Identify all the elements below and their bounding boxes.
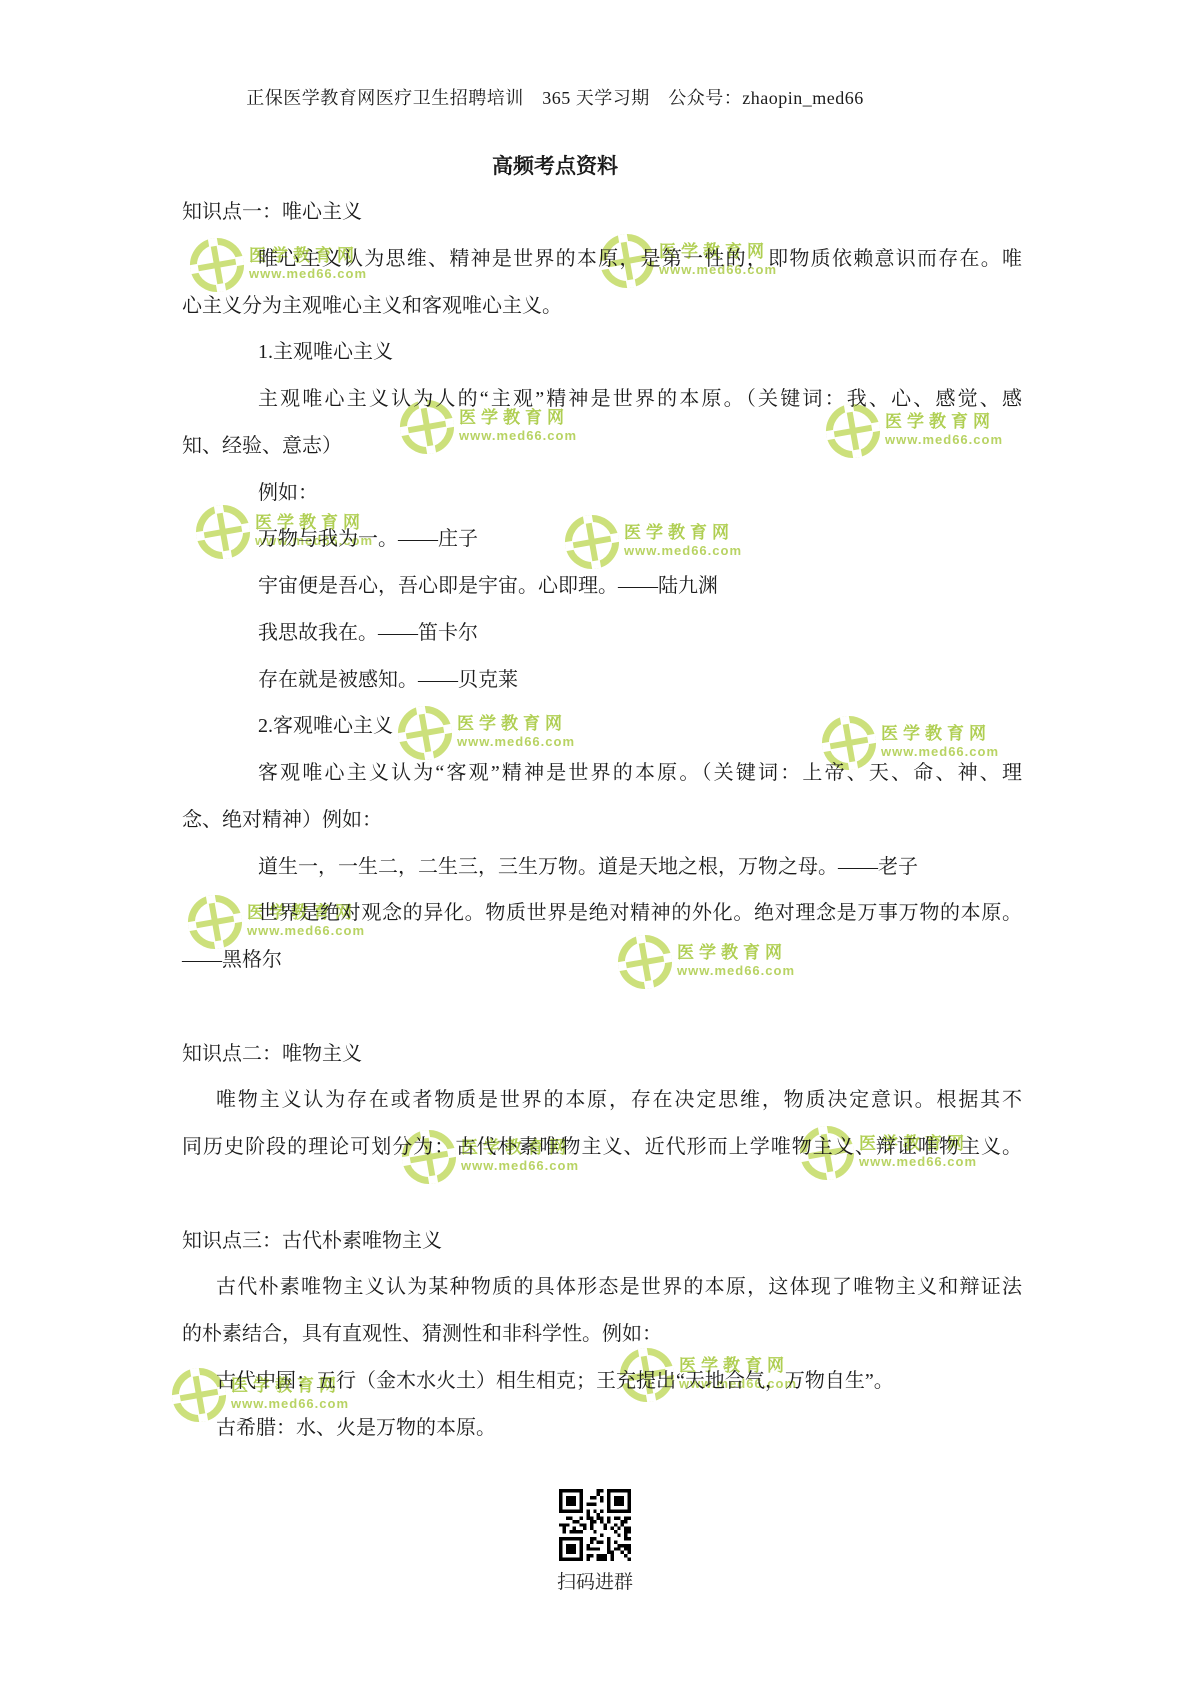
document-page: 正保医学教育网医疗卫生招聘培训 365 天学习期 公众号：zhaopin_med…	[0, 0, 1190, 1683]
section-heading: 知识点一：唯心主义	[182, 189, 1022, 236]
body-line: 念、绝对精神）例如：	[182, 797, 1022, 844]
qr-block: 扫码进群	[557, 1489, 633, 1594]
section-heading: 知识点三：古代朴素唯物主义	[182, 1218, 1022, 1265]
section-heading: 知识点二：唯物主义	[182, 1031, 1022, 1078]
qr-caption: 扫码进群	[557, 1567, 633, 1594]
document-body: 知识点一：唯心主义 唯心主义认为思维、精神是世界的本原，是第一性的，即物质依赖意…	[182, 189, 1022, 1451]
body-line: 1.主观唯心主义	[258, 329, 1022, 376]
body-line: 古希腊：水、火是万物的本原。	[216, 1405, 1022, 1452]
body-line: 道生一，一生二，二生三，三生万物。道是天地之根，万物之母。——老子	[258, 844, 1022, 891]
body-line: 例如：	[258, 470, 1022, 517]
body-line: 2.客观唯心主义	[258, 703, 1022, 750]
body-line: 主观唯心主义认为人的“主观”精神是世界的本原。（关键词：我、心、感觉、感	[258, 376, 1022, 423]
body-line: 宇宙便是吾心，吾心即是宇宙。心即理。——陆九渊	[258, 563, 1022, 610]
body-line: 同历史阶段的理论可划分为：古代朴素唯物主义、近代形而上学唯物主义、辩证唯物主义。	[182, 1124, 1022, 1171]
body-line: 知、经验、意志）	[182, 423, 1022, 470]
body-line: 的朴素结合，具有直观性、猜测性和非科学性。例如：	[182, 1311, 1022, 1358]
body-line: 唯心主义认为思维、精神是世界的本原，是第一性的，即物质依赖意识而存在。唯	[258, 236, 1022, 283]
page-header: 正保医学教育网医疗卫生招聘培训 365 天学习期 公众号：zhaopin_med…	[0, 84, 1110, 110]
body-line: 世界是绝对观念的异化。物质世界是绝对精神的外化。绝对理念是万事万物的本原。	[258, 890, 1022, 937]
body-line: 心主义分为主观唯心主义和客观唯心主义。	[182, 283, 1022, 330]
body-line: 古代中国：五行（金木水火土）相生相克；王充提出“天地合气，万物自生”。	[216, 1358, 1022, 1405]
body-line: 唯物主义认为存在或者物质是世界的本原，存在决定思维，物质决定意识。根据其不	[216, 1077, 1022, 1124]
body-line: 客观唯心主义认为“客观”精神是世界的本原。（关键词：上帝、天、命、神、理	[258, 750, 1022, 797]
qr-code	[559, 1489, 631, 1561]
body-line: ——黑格尔	[182, 937, 1022, 984]
body-line: 万物与我为一。——庄子	[258, 516, 1022, 563]
body-line: 我思故我在。——笛卡尔	[258, 610, 1022, 657]
body-line: 存在就是被感知。——贝克莱	[258, 657, 1022, 704]
body-line: 古代朴素唯物主义认为某种物质的具体形态是世界的本原，这体现了唯物主义和辩证法	[216, 1264, 1022, 1311]
page-title: 高频考点资料	[0, 150, 1110, 180]
